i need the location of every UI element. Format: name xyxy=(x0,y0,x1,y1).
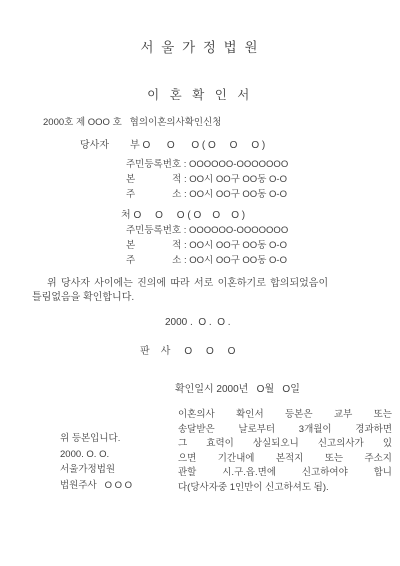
filing-notice-block: 이혼의사 확인서 등본은 교부 또는 송달받은 날로부터 3개월이 경과하면 그… xyxy=(178,408,392,495)
certified-copy-line: 위 등본입니다. xyxy=(60,431,132,447)
parties-label: 당사자 xyxy=(80,140,109,152)
confirmation-statement-line1: 위 당사자 사이에는 진의에 따라 서로 이혼하기로 합의되었음이 xyxy=(47,278,328,290)
document-title: 이 혼 확 인 서 xyxy=(0,88,400,103)
divorce-confirmation-document: 서 울 가 정 법 원 이 혼 확 인 서 2000호 제 OOO 호 협의이혼… xyxy=(0,0,400,566)
notice-line: 다(당사자중 1인만이 신고하셔도 됨). xyxy=(178,481,392,496)
wife-address: 주 소 : OO시 OO구 OO동 O-O xyxy=(126,255,287,266)
judge-signature-line: 판 사 O O O xyxy=(140,346,235,358)
notice-line: 송달받은 날로부터 3개월이 경과하면 xyxy=(178,423,392,438)
court-name-heading: 서 울 가 정 법 원 xyxy=(0,40,400,56)
judgment-date: 2000 . O . O . xyxy=(165,317,231,329)
case-number-line: 2000호 제 OOO 호 협의이혼의사확인신청 xyxy=(43,117,221,128)
notice-line: 그 효력이 상실되오니 신고의사가 있 xyxy=(178,437,392,452)
court-clerk-signature: 법원주사 O O O xyxy=(60,478,132,494)
notice-line: 이혼의사 확인서 등본은 교부 또는 xyxy=(178,408,392,423)
wife-name-line: 처 O O O ( O O O ) xyxy=(121,210,245,222)
certified-copy-block: 위 등본입니다. 2000. O. O. 서울가정법원 법원주사 O O O xyxy=(60,431,132,493)
confirmation-datetime: 확인일시 2000년 O월 O일 xyxy=(175,384,300,396)
husband-registered-domicile: 본 적 : OO시 OO구 OO동 O-O xyxy=(126,174,287,185)
notice-line: 관할 시.구.읍.면에 신고하여야 합니 xyxy=(178,466,392,481)
husband-address: 주 소 : OO시 OO구 OO동 O-O xyxy=(126,189,287,200)
confirmation-statement-line2: 틀림없음을 확인합니다. xyxy=(32,292,134,304)
wife-resident-number: 주민등록번호 : OOOOOO-OOOOOOO xyxy=(126,225,288,236)
certified-copy-court: 서울가정법원 xyxy=(60,462,132,478)
husband-name-line: 부 O O O ( O O O ) xyxy=(130,140,265,152)
certified-copy-date: 2000. O. O. xyxy=(60,447,132,463)
husband-resident-number: 주민등록번호 : OOOOOO-OOOOOOO xyxy=(126,159,288,170)
notice-line: 으면 기간내에 본적지 또는 주소지 xyxy=(178,452,392,467)
wife-registered-domicile: 본 적 : OO시 OO구 OO동 O-O xyxy=(126,240,287,251)
